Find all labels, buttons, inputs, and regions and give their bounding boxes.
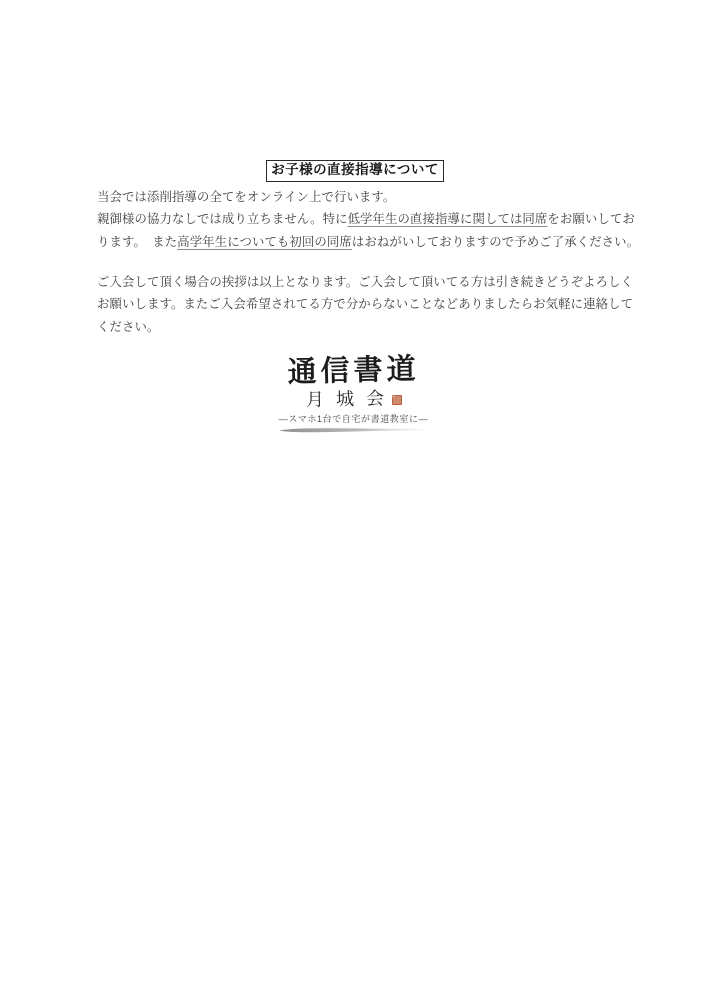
text-line: 親御様の協力なしでは成り立ちません。特に低学年生の直接指導に関しては同席をお願い… bbox=[97, 208, 613, 230]
paragraph-block-1: 当会では添削指導の全てをオンライン上で行います。 親御様の協力なしでは成り立ちま… bbox=[97, 186, 613, 253]
text-line: 当会では添削指導の全てをオンライン上で行います。 bbox=[97, 186, 613, 208]
letter-body: お子様の直接指導について 当会では添削指導の全てをオンライン上で行います。 親御… bbox=[97, 160, 613, 338]
text-segment: 当会では添削指導の全てをオンライン上で行います。 bbox=[97, 190, 395, 204]
text-segment: ご入会して頂く場合の挨拶は以上となります。ご入会して頂いてる方は引き続きどうぞよ… bbox=[97, 275, 633, 289]
text-line: ご入会して頂く場合の挨拶は以上となります。ご入会して頂いてる方は引き続きどうぞよ… bbox=[97, 271, 613, 293]
logo-subtitle-calligraphy: 月城会 bbox=[305, 388, 395, 412]
text-line: ください。 bbox=[97, 316, 613, 338]
brush-stroke-underline-icon bbox=[277, 426, 431, 435]
section-heading-title: お子様の直接指導について bbox=[271, 162, 439, 177]
text-segment: 親御様の協力なしでは成り立ちません。特に bbox=[97, 212, 348, 226]
calligraphy-logo: 通信書道 月城会 —スマホ1台で自宅が書道教室に— bbox=[0, 352, 707, 435]
document-page: お子様の直接指導について 当会では添削指導の全てをオンライン上で行います。 親御… bbox=[0, 0, 707, 1000]
underlined-text-segment: 低学年生の直接指導に関しては同席 bbox=[348, 212, 548, 226]
underlined-text-segment: 高学年生についても初回の同席 bbox=[177, 235, 352, 249]
text-segment: ください。 bbox=[97, 320, 159, 334]
text-line: お願いします。またご入会希望されてる方で分からないことなどありましたらお気軽に連… bbox=[97, 293, 613, 315]
text-segment: ります。 また bbox=[97, 235, 177, 249]
text-line: ります。 また高学年生についても初回の同席はおねがいしておりますので予めご了承く… bbox=[97, 231, 613, 253]
logo-tagline: —スマホ1台で自宅が書道教室に— bbox=[0, 414, 707, 425]
text-segment: はおねがいしておりますので予めご了承ください。 bbox=[352, 235, 639, 249]
text-segment: をお願いしてお bbox=[547, 212, 634, 226]
section-heading-box: お子様の直接指導について bbox=[266, 160, 444, 182]
text-segment: お願いします。またご入会希望されてる方で分からないことなどありましたらお気軽に連… bbox=[97, 297, 633, 311]
paragraph-block-2: ご入会して頂く場合の挨拶は以上となります。ご入会して頂いてる方は引き続きどうぞよ… bbox=[97, 271, 613, 338]
